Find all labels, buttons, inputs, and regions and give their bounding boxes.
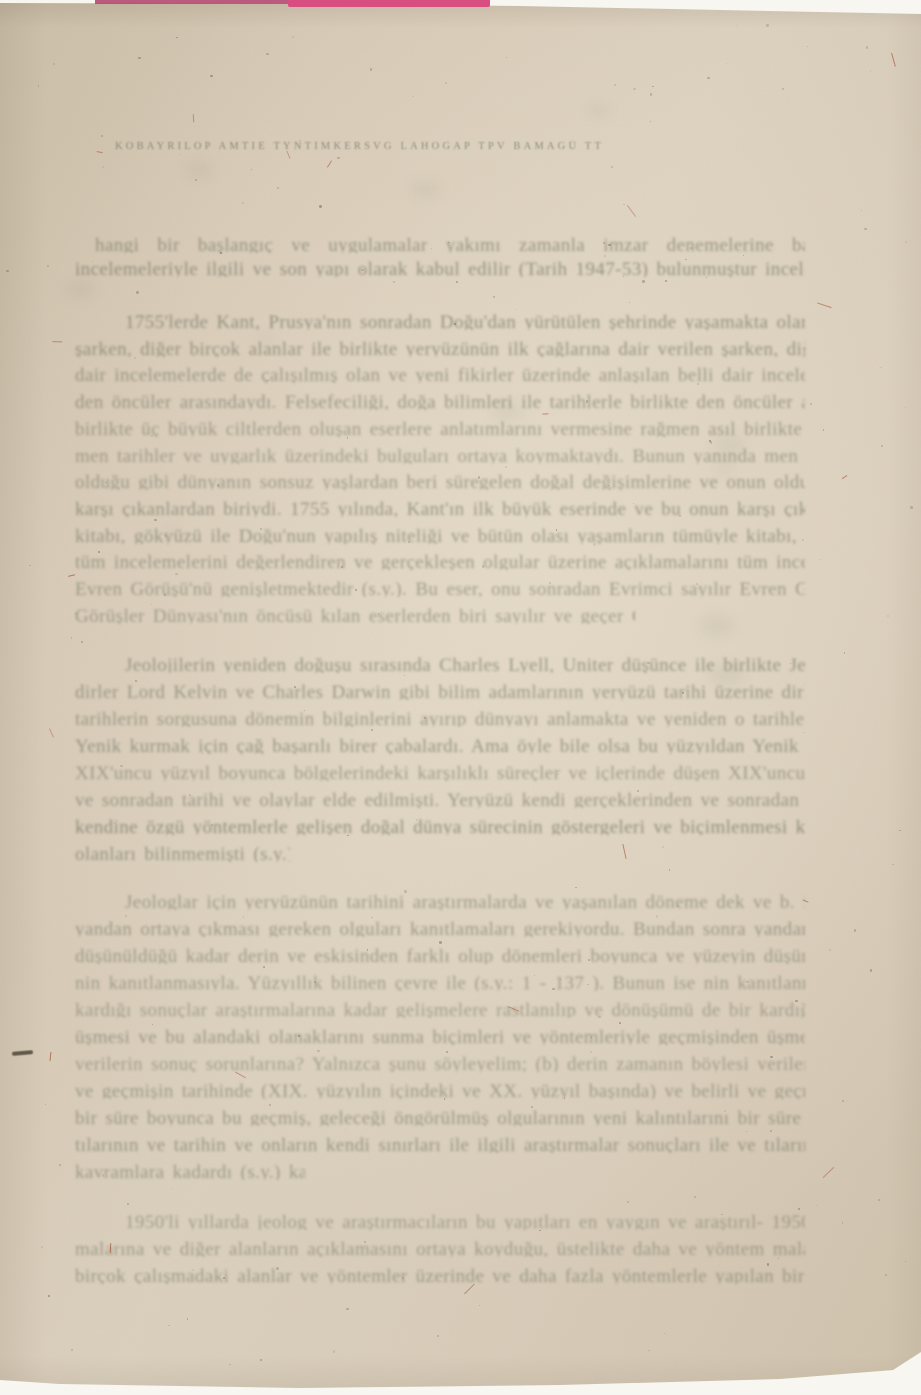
paper-speck [697, 383, 699, 385]
paper-speck [652, 86, 654, 88]
paper-speck [317, 1050, 319, 1052]
paper-speck [47, 265, 49, 267]
text-line: den öncüler arasındaydı. Felsefeciliği, … [75, 392, 805, 410]
paper-speck [803, 732, 804, 733]
paper-speck [662, 846, 664, 848]
text-line: 1755'lerde Kant, Prusya'nın sonradan Doğ… [125, 312, 805, 330]
text-line: birçok çalışmadaki alanlar ve yöntemler … [75, 1266, 805, 1284]
paper-speck [587, 104, 609, 117]
paper-speck [49, 728, 54, 737]
paper-speck [866, 46, 868, 48]
paper-speck [45, 1104, 47, 1106]
paper-speck [333, 1350, 335, 1352]
paper-speck [798, 1208, 800, 1210]
paper-speck [870, 969, 872, 971]
paper-speck [66, 281, 95, 298]
text-line: kavramlara kadardı (s.y.) kavramlara kad… [75, 1162, 305, 1180]
paper-speck [810, 403, 812, 405]
paper-speck [881, 445, 883, 447]
text-line: ve sonradan tarihi ve olaylar elde edilm… [75, 790, 805, 808]
paper-speck [694, 1196, 696, 1198]
paper-speck [260, 1359, 262, 1361]
paper-speck [371, 729, 373, 731]
paper-speck [746, 1131, 747, 1132]
paper-speck [642, 280, 644, 282]
paper-speck [905, 1261, 906, 1262]
paper-speck [807, 46, 808, 47]
paper-speck [614, 84, 616, 86]
paper-speck [404, 675, 405, 676]
text-line: XIX'uncu yüzyıl boyunca bölgelerindeki k… [75, 763, 805, 781]
paper-speck [53, 63, 55, 65]
paper-speck [138, 57, 140, 59]
text-line: olduğu gibi dünyanın sonsuz yaşlardan be… [75, 472, 805, 490]
paper-speck [842, 1222, 843, 1223]
paper-speck [81, 641, 83, 643]
paper-speck [892, 864, 894, 866]
paper-speck [664, 1333, 665, 1334]
text-line: dair incelemelerde de çalışılmış olan ve… [75, 365, 805, 383]
paper-speck [905, 407, 906, 408]
text-line: kitabı, gökyüzü ile Doğu'nun yapılış nit… [75, 526, 805, 544]
text-line: Jeologlar için yeryüzünün tarihini araşt… [125, 892, 805, 910]
paper-speck [709, 440, 711, 442]
paper-speck [650, 121, 651, 122]
paper-speck [648, 1350, 650, 1352]
text-line: 1950'li yıllarda jeolog ve araştırmacıla… [125, 1212, 805, 1230]
text-line: Yenik kurmak için çağ başarılı birer çab… [75, 736, 805, 754]
paper-speck [493, 296, 495, 298]
paper-speck [699, 615, 735, 636]
paper-speck [71, 637, 73, 639]
paper-speck [816, 1205, 817, 1206]
paper-speck [186, 162, 212, 178]
paper-speck [905, 241, 907, 243]
paper-speck [782, 88, 784, 90]
text-line: bir süre boyunca bu geçmiş, geleceği öng… [75, 1108, 805, 1126]
paper-speck [136, 291, 138, 293]
text-line: Jeolojilerin yeniden doğuşu sırasında Ch… [125, 655, 805, 673]
paper-speck [515, 309, 516, 310]
paper-speck [243, 916, 244, 917]
paper-speck [891, 53, 896, 67]
paper-speck [861, 210, 862, 211]
paper-speck [829, 949, 831, 951]
text-line: şarken, diğer birçok alanlar ile birlikt… [75, 339, 805, 357]
paper-speck [235, 1072, 246, 1079]
paper-speck [277, 187, 279, 189]
paper-speck [870, 70, 872, 72]
text-line: ve geçmişin tarihinde (XIX. yüzyılın içi… [75, 1081, 805, 1099]
paper-speck [611, 166, 613, 168]
paper-speck [736, 25, 737, 26]
text-line: incelemeleriyle ilgili ve son yapı olara… [75, 259, 805, 277]
paper-speck [627, 1201, 629, 1203]
text-line: men tarihler ve uygarlık üzerindeki bulg… [75, 446, 805, 464]
paper-speck [627, 205, 636, 217]
paper-speck [439, 941, 441, 943]
paper-speck [29, 565, 31, 567]
paper-speck [269, 1104, 271, 1106]
text-line: üşmesi ve bu alandaki olanaklarını sunma… [75, 1027, 805, 1045]
paper-speck [168, 1325, 170, 1327]
paper-speck [842, 475, 848, 479]
paper-speck [505, 466, 508, 469]
paper-speck [633, 88, 635, 90]
paper-speck [622, 844, 626, 859]
paper-speck [823, 1167, 834, 1178]
paper-speck [154, 519, 157, 522]
magenta-edge-strip-bright [288, 0, 490, 7]
paper-speck [176, 37, 177, 38]
paper-speck [464, 1283, 475, 1293]
paper-speck [885, 1274, 887, 1276]
paper-speck [326, 160, 331, 167]
paper-speck [345, 1129, 347, 1131]
paper-speck [346, 1308, 348, 1310]
paper-speck [770, 1130, 773, 1133]
paper-speck [337, 157, 340, 160]
paper-speck [854, 929, 856, 931]
paper-speck [50, 1052, 52, 1061]
paper-speck [242, 202, 243, 203]
paper-speck [292, 36, 294, 38]
paper-speck [880, 367, 882, 369]
paper-speck [41, 1246, 43, 1248]
paper-speck [437, 1335, 440, 1338]
text-line: tüm incelemelerini değerlendiren ve gerç… [75, 552, 805, 570]
ink-mark [12, 1050, 33, 1056]
paper-speck [347, 835, 348, 836]
paper-speck [393, 281, 395, 283]
paper-speck [52, 341, 62, 342]
paper-speck [192, 114, 194, 122]
paper-speck [187, 1318, 188, 1319]
paper-speck [669, 869, 671, 871]
paper-speck [48, 1295, 49, 1296]
paper-speck [623, 204, 625, 206]
paper-speck [665, 280, 667, 282]
paper-speck [899, 830, 901, 832]
scan-canvas: KOBAYRILOP AMTIE TYNTIMKERSVG LAHOGAP TP… [0, 0, 921, 1395]
paper-speck [604, 255, 606, 257]
paper-speck [542, 413, 548, 414]
text-line: kendine özgü yöntemlerle gelişen doğal d… [75, 817, 805, 835]
paper-speck [844, 652, 846, 654]
paper-speck [778, 1258, 779, 1259]
text-line: Evren Görüşü'nü genişletmektedir (s.y.).… [75, 579, 805, 597]
paper-speck [125, 915, 127, 917]
paper-speck [6, 270, 8, 272]
paper-speck [71, 1349, 73, 1351]
text-line: olanları bilinmemişti (s.y.) olanları bi… [75, 844, 290, 862]
paper-speck [175, 573, 177, 575]
paper-speck [229, 1364, 231, 1366]
paper-speck [251, 169, 252, 170]
paper-speck [127, 1203, 129, 1205]
paper-page: KOBAYRILOP AMTIE TYNTIMKERSVG LAHOGAP TP… [0, 0, 921, 1395]
paper-speck [68, 575, 75, 578]
paper-speck [266, 53, 268, 55]
paper-speck [629, 302, 630, 303]
paper-speck [656, 915, 659, 918]
paper-speck [101, 135, 103, 137]
paper-speck [59, 1164, 61, 1166]
paper-speck [766, 24, 768, 26]
paper-speck [878, 1199, 880, 1201]
paper-speck [590, 1051, 592, 1053]
text-line: dirler Lord Kelvin ve Charles Darwin gib… [75, 682, 805, 700]
text-line: birlikte üç büyük ciltlerden oluşan eser… [75, 419, 805, 437]
text-line: Görüşler Dünyası'nın öncüsü kılan eserle… [75, 606, 635, 624]
paper-speck [707, 77, 709, 79]
paper-speck [446, 1051, 448, 1053]
text-line: karşı çıkanlardan biriydi. 1755 yılında,… [75, 499, 805, 517]
paper-speck [445, 82, 447, 84]
text-line: kardığı sonuçlar araştırmalarına kadar g… [75, 1000, 805, 1018]
paper-speck [172, 1188, 174, 1190]
text-line: tılarının ve tarihin ve onların kendi sı… [75, 1135, 805, 1153]
paper-speck [210, 75, 212, 77]
paper-speck [619, 1022, 621, 1024]
paper-speck [820, 559, 821, 560]
paper-speck [456, 281, 458, 283]
paper-speck [102, 166, 104, 168]
paper-speck [347, 437, 348, 438]
paper-speck [887, 615, 889, 617]
paper-speck [575, 887, 577, 889]
paper-speck [743, 255, 744, 256]
paper-speck [195, 179, 197, 181]
paper-speck [410, 181, 439, 199]
paper-speck [710, 441, 713, 444]
text-line: malarına ve diğer alanların açıklamasını… [75, 1239, 805, 1257]
text-line: düşünüldüğü kadar derin ve eskisinden fa… [75, 946, 805, 964]
paper-speck [864, 228, 866, 230]
paper-speck [319, 205, 321, 207]
paper-speck [152, 1024, 153, 1025]
paper-speck [412, 96, 413, 97]
text-line: nin kanıtlanmasıyla. Yüzyıllık bilinen ç… [75, 973, 805, 991]
paper-speck [479, 1305, 480, 1306]
paper-speck [370, 68, 372, 70]
paper-speck [134, 357, 136, 359]
paper-speck [842, 1100, 844, 1102]
paper-speck [38, 85, 39, 86]
paper-speck [263, 966, 265, 968]
paper-speck [706, 277, 707, 278]
paper-speck [789, 674, 790, 675]
paper-speck [910, 506, 912, 508]
paper-speck [726, 63, 727, 64]
running-header: KOBAYRILOP AMTIE TYNTIMKERSVG LAHOGAP TP… [115, 141, 807, 154]
paper-speck [96, 151, 102, 153]
text-line: tarihlerin sorgusuna dönemin bilginlerin… [75, 709, 805, 727]
paper-speck [506, 57, 507, 58]
text-line: hangi bir başlangıç ve uygulamalar yakım… [95, 235, 805, 253]
text-line: yandan ortaya çıkması gereken olguları k… [75, 919, 805, 937]
paper-speck [823, 429, 824, 430]
paper-speck [817, 303, 831, 309]
text-line: verilerin sonuç sorunlarına? Yalnızca şu… [75, 1054, 805, 1072]
paper-speck [650, 93, 652, 95]
